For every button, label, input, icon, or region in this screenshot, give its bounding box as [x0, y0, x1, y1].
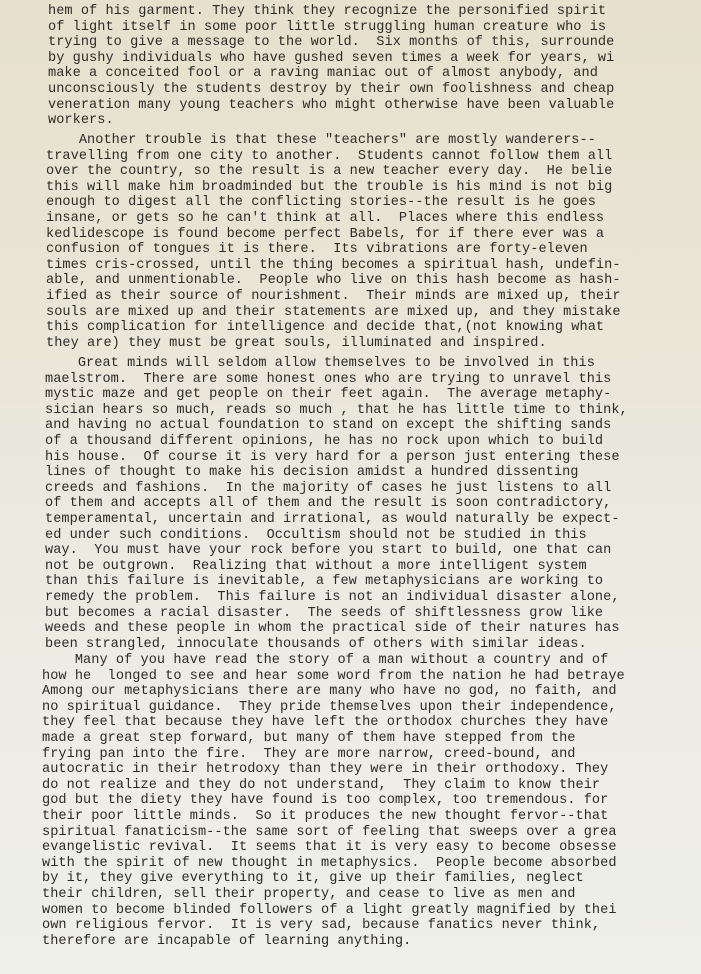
text-line: Many of you have read the story of a man…	[42, 653, 625, 669]
text-line: way. You must have your rock before you …	[45, 543, 628, 559]
text-line: made a great step forward, but many of t…	[42, 731, 625, 747]
text-line: do not realize and they do not understan…	[42, 778, 625, 794]
text-line: Great minds will seldom allow themselves…	[45, 356, 628, 372]
text-line: this complication for intelligence and d…	[46, 320, 621, 336]
text-line: lines of thought to make his decision am…	[45, 465, 628, 481]
text-line: weeds and these people in whom the pract…	[45, 621, 628, 637]
text-line: maelstrom. There are some honest ones wh…	[45, 372, 628, 388]
text-line: creeds and fashions. In the majority of …	[45, 481, 628, 497]
text-line: spiritual fanaticism--the same sort of f…	[42, 825, 625, 841]
text-line: than this failure is inevitable, a few m…	[45, 574, 628, 590]
text-line: their children, sell their property, and…	[42, 887, 625, 903]
text-line: travelling from one city to another. Stu…	[46, 149, 621, 165]
text-line: how he longed to see and hear some word …	[42, 669, 625, 685]
text-line: souls are mixed up and their statements …	[46, 305, 621, 321]
text-line: women to become blinded followers of a l…	[42, 903, 625, 919]
text-line: make a conceited fool or a raving maniac…	[48, 66, 614, 82]
text-line: kedlidescope is found become perfect Bab…	[46, 227, 621, 243]
text-line: frying pan into the fire. They are more …	[42, 747, 625, 763]
text-line: unconsciously the students destroy by th…	[48, 82, 614, 98]
text-line: workers.	[48, 113, 614, 129]
text-line: Among our metaphysicians there are many …	[42, 684, 625, 700]
paragraph-4: Many of you have read the story of a man…	[42, 653, 625, 949]
text-line: of them and accepts all of them and the …	[45, 496, 628, 512]
text-line: ified as their source of nourishment. Th…	[46, 289, 621, 305]
text-line: over the country, so the result is a new…	[46, 164, 621, 180]
paragraph-2: Another trouble is that these "teachers"…	[46, 133, 621, 351]
text-line: Another trouble is that these "teachers"…	[46, 133, 621, 149]
text-line: able, and unmentionable. People who live…	[46, 273, 621, 289]
text-line: own religious fervor. It is very sad, be…	[42, 918, 625, 934]
text-line: evangelistic revival. It seems that it i…	[42, 840, 625, 856]
text-line: no spiritual guidance. They pride themse…	[42, 700, 625, 716]
text-line: times cris-crossed, until the thing beco…	[46, 258, 621, 274]
text-line: sician hears so much, reads so much , th…	[45, 403, 628, 419]
text-line: autocratic in their hetrodoxy than they …	[42, 762, 625, 778]
text-line: with the spirit of new thought in metaph…	[42, 856, 625, 872]
text-line: they are) they must be great souls, illu…	[46, 336, 621, 352]
paragraph-3: Great minds will seldom allow themselves…	[45, 356, 628, 652]
text-line: but becomes a racial disaster. The seeds…	[45, 606, 628, 622]
text-line: hem of his garment. They think they reco…	[48, 4, 614, 20]
text-line: insane, or gets so he can't think at all…	[46, 211, 621, 227]
text-line: of light itself in some poor little stru…	[48, 20, 614, 36]
text-line: his house. Of course it is very hard for…	[45, 450, 628, 466]
text-line: mystic maze and get people on their feet…	[45, 387, 628, 403]
text-line: enough to digest all the conflicting sto…	[46, 195, 621, 211]
text-line: veneration many young teachers who might…	[48, 98, 614, 114]
text-line: by it, they give everything to it, give …	[42, 871, 625, 887]
typewritten-page: hem of his garment. They think they reco…	[0, 0, 701, 974]
text-line: been strangled, innoculate thousands of …	[45, 637, 628, 653]
text-line: ed under such conditions. Occultism shou…	[45, 528, 628, 544]
text-line: trying to give a message to the world. S…	[48, 35, 614, 51]
text-line: their poor little minds. So it produces …	[42, 809, 625, 825]
text-line: temperamental, uncertain and irrational,…	[45, 512, 628, 528]
text-line: by gushy individuals who have gushed sev…	[48, 51, 614, 67]
text-line: not be outgrown. Realizing that without …	[45, 559, 628, 575]
text-line: remedy the problem. This failure is not …	[45, 590, 628, 606]
text-line: they feel that because they have left th…	[42, 715, 625, 731]
text-line: god but the diety they have found is too…	[42, 793, 625, 809]
text-line: this will make him broadminded but the t…	[46, 180, 621, 196]
text-line: therefore are incapable of learning anyt…	[42, 934, 625, 950]
text-line: of a thousand different opinions, he has…	[45, 434, 628, 450]
text-line: and having no actual foundation to stand…	[45, 418, 628, 434]
text-line: confusion of tongues it is there. Its vi…	[46, 242, 621, 258]
paragraph-1: hem of his garment. They think they reco…	[48, 4, 614, 129]
